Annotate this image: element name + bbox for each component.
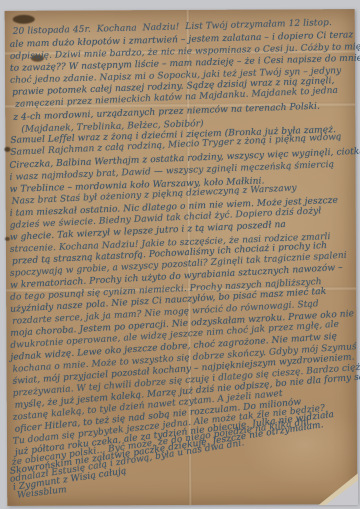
letter-paper: 20 listopada 45r. Kochana Nadziu! List T… (5, 9, 358, 506)
ink-stain (13, 15, 35, 24)
letter-scan: 20 listopada 45r. Kochana Nadziu! List T… (0, 0, 360, 509)
